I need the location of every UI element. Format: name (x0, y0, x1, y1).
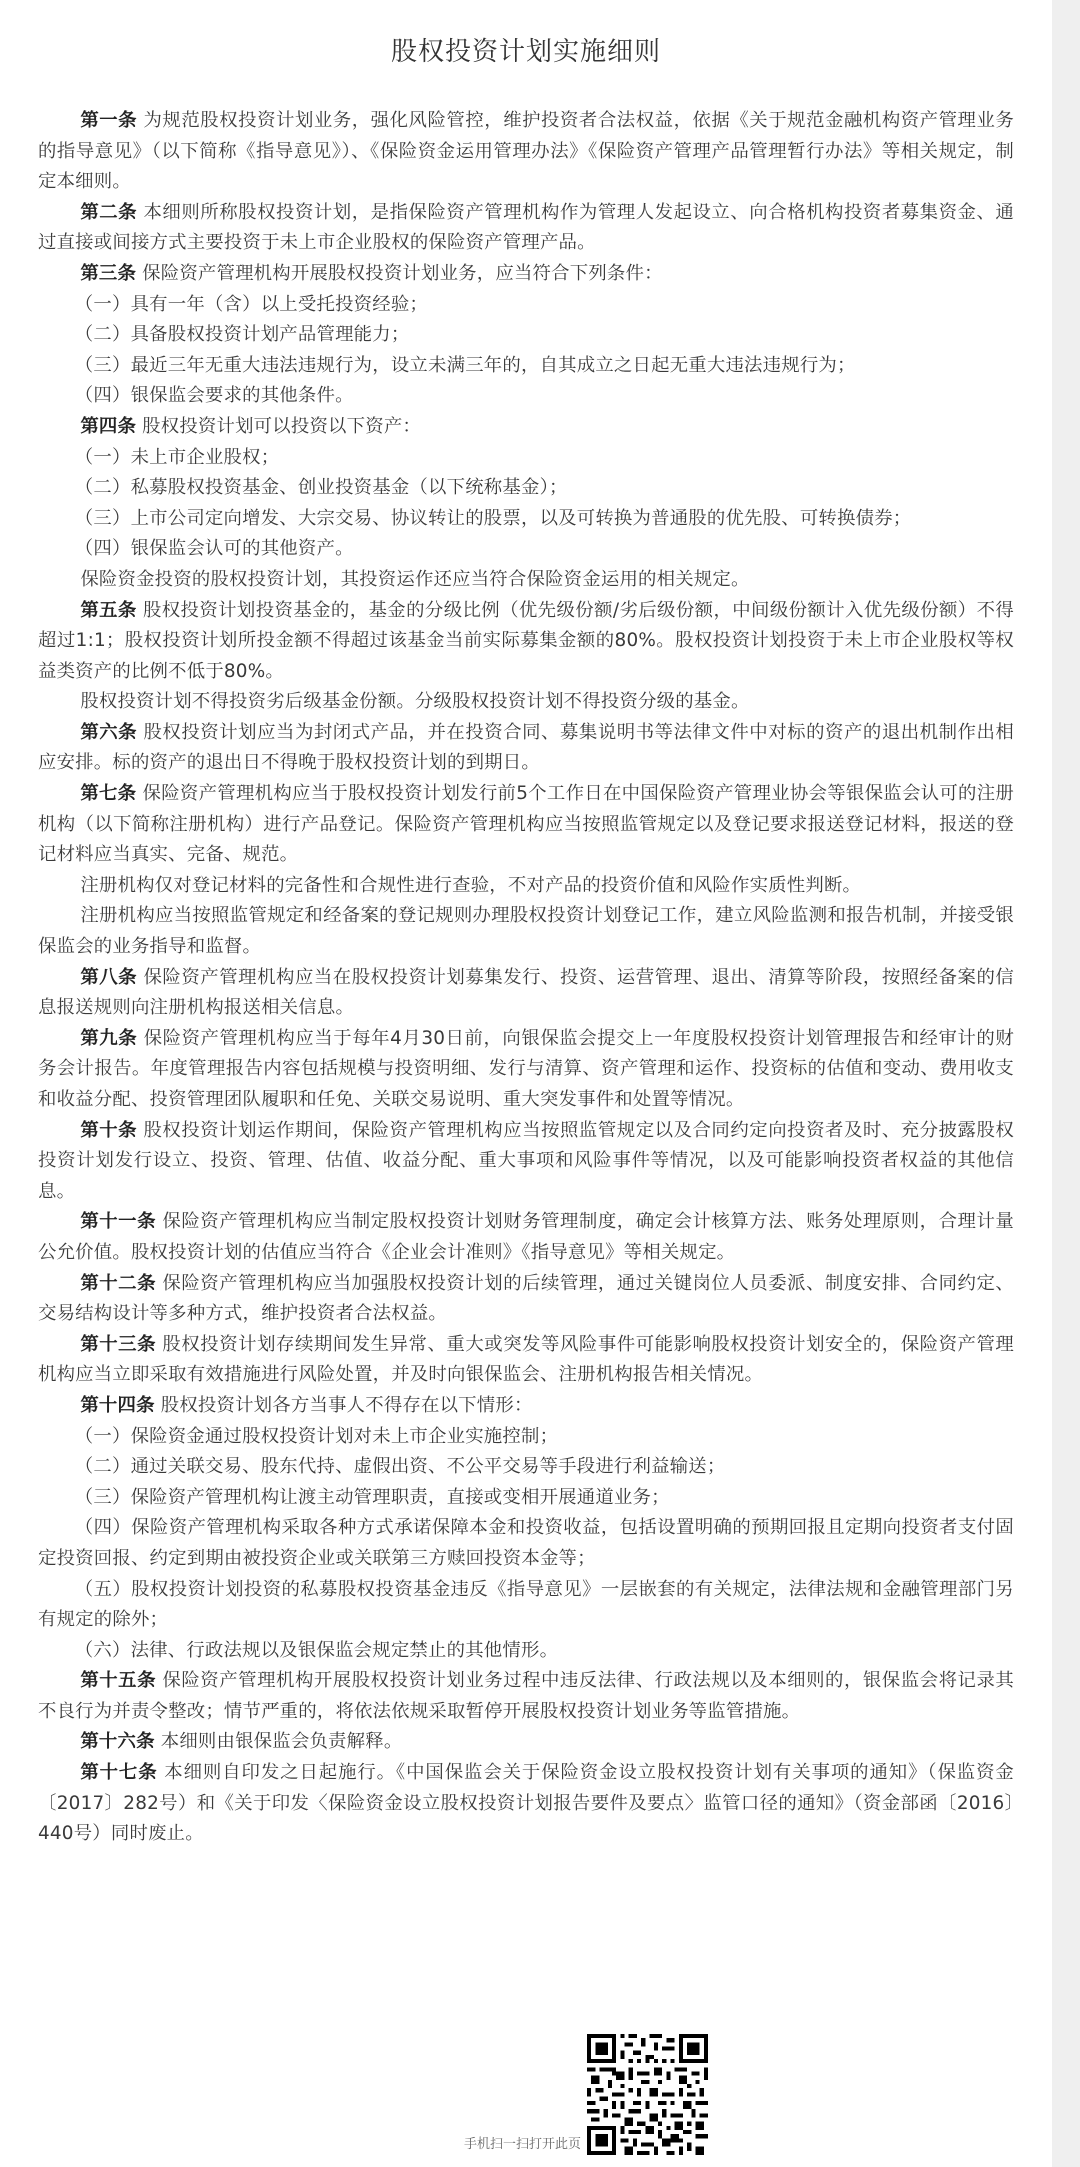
article-paragraph: 第六条 股权投资计划应当为封闭式产品，并在投资合同、募集说明书等法律文件中对标的… (38, 718, 1014, 779)
article-paragraph: 第十一条 保险资产管理机构应当制定股权投资计划财务管理制度，确定会计核算方法、账… (38, 1207, 1014, 1268)
paragraph-text: 保险资产管理机构应当于股权投资计划发行前5个工作日在中国保险资产管理业协会等银保… (38, 783, 1014, 865)
article-label: 第七条 (80, 783, 136, 804)
article-label: 第十七条 (80, 1762, 157, 1783)
list-item: （一）保险资金通过股权投资计划对未上市企业实施控制； (38, 1422, 1014, 1453)
qr-footer: 手机扫一扫打开此页 (464, 2034, 714, 2158)
list-item: （一）未上市企业股权； (38, 443, 1014, 474)
article-label: 第十六条 (80, 1731, 154, 1752)
article-paragraph: 第十七条 本细则自印发之日起施行。《中国保监会关于保险资金设立股权投资计划有关事… (38, 1758, 1014, 1850)
paragraph-text: 注册机构应当按照监管规定和经备案的登记规则办理股权投资计划登记工作，建立风险监测… (38, 905, 1014, 957)
list-item: （二）具备股权投资计划产品管理能力； (38, 320, 1014, 351)
paragraph-text: 本细则所称股权投资计划，是指保险资产管理机构作为管理人发起设立、向合格机构投资者… (38, 202, 1014, 254)
article-label: 第六条 (80, 722, 137, 743)
article-label: 第八条 (80, 967, 137, 988)
article-label: 第五条 (80, 600, 136, 621)
article-paragraph: 第五条 股权投资计划投资基金的，基金的分级比例（优先级份额/劣后级份额，中间级份… (38, 596, 1014, 688)
paragraph-text: 保险资产管理机构开展股权投资计划业务过程中违反法律、行政法规以及本细则的，银保监… (38, 1670, 1014, 1722)
list-item: （三）保险资产管理机构让渡主动管理职责，直接或变相开展通道业务； (38, 1483, 1014, 1514)
paragraph-text: 股权投资计划运作期间，保险资产管理机构应当按照监管规定以及合同约定向投资者及时、… (38, 1120, 1014, 1202)
document-title: 股权投资计划实施细则 (38, 0, 1014, 76)
paragraph-text: （三）最近三年无重大违法违规行为，设立未满三年的，自其成立之日起无重大违法违规行… (75, 355, 856, 376)
paragraph-text: （四）保险资产管理机构采取各种方式承诺保障本金和投资收益，包括设置明确的预期回报… (38, 1517, 1014, 1569)
article-label: 第十五条 (80, 1670, 156, 1691)
paragraph-text: （二）具备股权投资计划产品管理能力； (75, 324, 410, 345)
article-label: 第十二条 (80, 1273, 156, 1294)
paragraph-text: （三）保险资产管理机构让渡主动管理职责，直接或变相开展通道业务； (75, 1487, 670, 1508)
paragraph: 股权投资计划不得投资劣后级基金份额。分级股权投资计划不得投资分级的基金。 (38, 687, 1014, 718)
paragraph-text: （三）上市公司定向增发、大宗交易、协议转让的股票，以及可转换为普通股的优先股、可… (75, 508, 912, 529)
article-paragraph: 第十三条 股权投资计划存续期间发生异常、重大或突发等风险事件可能影响股权投资计划… (38, 1330, 1014, 1391)
list-item: （二）私募股权投资基金、创业投资基金（以下统称基金）； (38, 473, 1014, 504)
paragraph-text: （二）私募股权投资基金、创业投资基金（以下统称基金）； (75, 477, 568, 498)
list-item: （一）具有一年（含）以上受托投资经验； (38, 290, 1014, 321)
article-label: 第四条 (80, 416, 136, 437)
paragraph-text: 股权投资计划可以投资以下资产： (136, 416, 421, 437)
article-paragraph: 第十六条 本细则由银保监会负责解释。 (38, 1727, 1014, 1758)
paragraph: 注册机构仅对登记材料的完备性和合规性进行查验，不对产品的投资价值和风险作实质性判… (38, 871, 1014, 902)
paragraph-text: 本细则自印发之日起施行。《中国保监会关于保险资金设立股权投资计划有关事项的通知》… (38, 1762, 1014, 1844)
paragraph-text: （六）法律、行政法规以及银保监会规定禁止的其他情形。 (75, 1640, 558, 1661)
paragraph-text: 保险资金投资的股权投资计划，其投资运作还应当符合保险资金运用的相关规定。 (80, 569, 749, 590)
paragraph-text: 保险资产管理机构应当于每年4月30日前，向银保监会提交上一年度股权投资计划管理报… (38, 1028, 1014, 1110)
paragraph-text: （四）银保监会要求的其他条件。 (75, 385, 354, 406)
list-item: （五）股权投资计划投资的私募股权投资基金违反《指导意见》一层嵌套的有关规定，法律… (38, 1575, 1014, 1636)
article-paragraph: 第十四条 股权投资计划各方当事人不得存在以下情形： (38, 1391, 1014, 1422)
paragraph-text: 股权投资计划投资基金的，基金的分级比例（优先级份额/劣后级份额，中间级份额计入优… (38, 600, 1014, 682)
document: 股权投资计划实施细则 第一条 为规范股权投资计划业务，强化风险管控，维护投资者合… (38, 0, 1014, 1850)
article-label: 第十条 (80, 1120, 137, 1141)
article-paragraph: 第七条 保险资产管理机构应当于股权投资计划发行前5个工作日在中国保险资产管理业协… (38, 779, 1014, 871)
paragraph-text: 本细则由银保监会负责解释。 (155, 1731, 403, 1752)
paragraph-text: 保险资产管理机构应当制定股权投资计划财务管理制度，确定会计核算方法、账务处理原则… (38, 1211, 1014, 1263)
article-label: 第十一条 (80, 1211, 156, 1232)
paragraph-text: 股权投资计划各方当事人不得存在以下情形： (155, 1395, 533, 1416)
scan-label: 手机扫一扫打开此页 (464, 2133, 581, 2152)
article-paragraph: 第八条 保险资产管理机构应当在股权投资计划募集发行、投资、运营管理、退出、清算等… (38, 963, 1014, 1024)
list-item: （四）银保监会要求的其他条件。 (38, 381, 1014, 412)
paragraph-text: （五）股权投资计划投资的私募股权投资基金违反《指导意见》一层嵌套的有关规定，法律… (38, 1579, 1014, 1631)
document-body: 第一条 为规范股权投资计划业务，强化风险管控，维护投资者合法权益，依据《关于规范… (38, 106, 1014, 1850)
paragraph-text: （一）保险资金通过股权投资计划对未上市企业实施控制； (75, 1426, 558, 1447)
article-paragraph: 第一条 为规范股权投资计划业务，强化风险管控，维护投资者合法权益，依据《关于规范… (38, 106, 1014, 198)
paragraph-text: 保险资产管理机构应当在股权投资计划募集发行、投资、运营管理、退出、清算等阶段，按… (38, 967, 1014, 1019)
list-item: （三）最近三年无重大违法违规行为，设立未满三年的，自其成立之日起无重大违法违规行… (38, 351, 1014, 382)
paragraph-text: 保险资产管理机构应当加强股权投资计划的后续管理，通过关键岗位人员委派、制度安排、… (38, 1273, 1014, 1325)
paragraph-text: 保险资产管理机构开展股权投资计划业务，应当符合下列条件： (136, 263, 663, 284)
paragraph: 注册机构应当按照监管规定和经备案的登记规则办理股权投资计划登记工作，建立风险监测… (38, 901, 1014, 962)
article-paragraph: 第三条 保险资产管理机构开展股权投资计划业务，应当符合下列条件： (38, 259, 1014, 290)
list-item: （三）上市公司定向增发、大宗交易、协议转让的股票，以及可转换为普通股的优先股、可… (38, 504, 1014, 535)
list-item: （二）通过关联交易、股东代持、虚假出资、不公平交易等手段进行利益输送； (38, 1452, 1014, 1483)
article-label: 第十四条 (80, 1395, 154, 1416)
article-paragraph: 第二条 本细则所称股权投资计划，是指保险资产管理机构作为管理人发起设立、向合格机… (38, 198, 1014, 259)
list-item: （六）法律、行政法规以及银保监会规定禁止的其他情形。 (38, 1636, 1014, 1667)
scrollbar-track[interactable] (1052, 0, 1080, 2167)
article-label: 第二条 (80, 202, 137, 223)
paragraph-text: （四）银保监会认可的其他资产。 (75, 538, 354, 559)
article-paragraph: 第十五条 保险资产管理机构开展股权投资计划业务过程中违反法律、行政法规以及本细则… (38, 1666, 1014, 1727)
article-paragraph: 第十二条 保险资产管理机构应当加强股权投资计划的后续管理，通过关键岗位人员委派、… (38, 1269, 1014, 1330)
list-item: （四）保险资产管理机构采取各种方式承诺保障本金和投资收益，包括设置明确的预期回报… (38, 1513, 1014, 1574)
list-item: （四）银保监会认可的其他资产。 (38, 534, 1014, 565)
paragraph-text: 为规范股权投资计划业务，强化风险管控，维护投资者合法权益，依据《关于规范金融机构… (38, 110, 1014, 192)
paragraph: 保险资金投资的股权投资计划，其投资运作还应当符合保险资金运用的相关规定。 (38, 565, 1014, 596)
article-paragraph: 第十条 股权投资计划运作期间，保险资产管理机构应当按照监管规定以及合同约定向投资… (38, 1116, 1014, 1208)
paragraph-text: 股权投资计划存续期间发生异常、重大或突发等风险事件可能影响股权投资计划安全的，保… (38, 1334, 1014, 1386)
article-paragraph: 第九条 保险资产管理机构应当于每年4月30日前，向银保监会提交上一年度股权投资计… (38, 1024, 1014, 1116)
paragraph-text: 注册机构仅对登记材料的完备性和合规性进行查验，不对产品的投资价值和风险作实质性判… (80, 875, 861, 896)
paragraph-text: （一）具有一年（含）以上受托投资经验； (75, 294, 428, 315)
paragraph-text: （一）未上市企业股权； (75, 447, 280, 468)
paragraph-text: （二）通过关联交易、股东代持、虚假出资、不公平交易等手段进行利益输送； (75, 1456, 726, 1477)
paragraph-text: 股权投资计划不得投资劣后级基金份额。分级股权投资计划不得投资分级的基金。 (80, 691, 749, 712)
article-label: 第一条 (80, 110, 137, 131)
article-paragraph: 第四条 股权投资计划可以投资以下资产： (38, 412, 1014, 443)
article-label: 第三条 (80, 263, 136, 284)
qr-code-icon (587, 2034, 708, 2155)
article-label: 第十三条 (80, 1334, 156, 1355)
paragraph-text: 股权投资计划应当为封闭式产品，并在投资合同、募集说明书等法律文件中对标的资产的退… (38, 722, 1014, 774)
article-label: 第九条 (80, 1028, 137, 1049)
